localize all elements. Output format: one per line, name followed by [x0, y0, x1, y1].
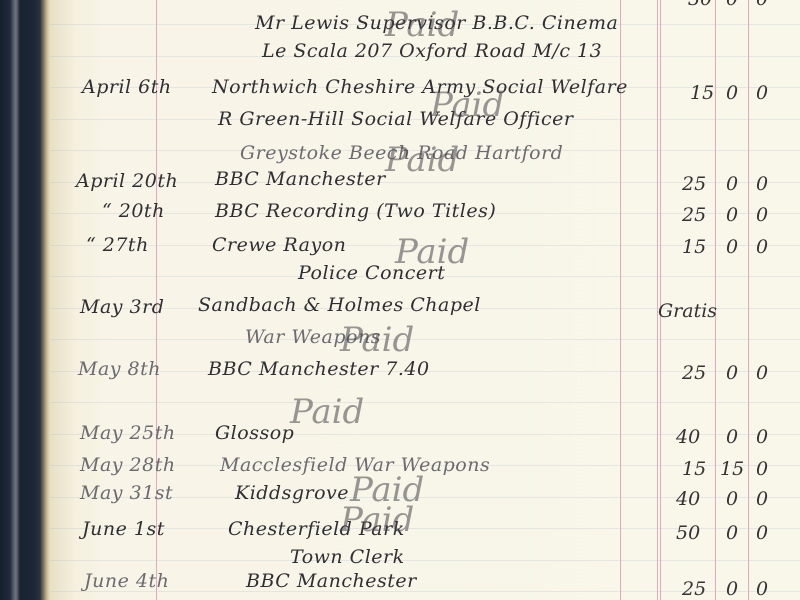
- amount-gratis: Gratis: [658, 300, 717, 322]
- pence: 0: [756, 522, 768, 544]
- shillings: 15: [720, 458, 744, 480]
- paid-stamp: Paid: [385, 5, 459, 45]
- shillings: 0: [726, 82, 738, 104]
- pounds: 25: [682, 578, 706, 600]
- pounds: 25: [682, 173, 706, 195]
- pence: 0: [756, 458, 768, 480]
- pence: 0: [756, 426, 768, 448]
- description-line: Crewe Rayon: [212, 234, 346, 256]
- paid-stamp: Paid: [430, 85, 504, 125]
- entry-date: “ 27th: [86, 234, 149, 256]
- description-line: BBC Manchester 7.40: [208, 358, 430, 380]
- ruled-line: [50, 560, 800, 561]
- column-line: [748, 0, 749, 600]
- shillings: 0: [726, 362, 738, 384]
- pounds: 40: [676, 426, 700, 448]
- pounds: 15: [690, 82, 714, 104]
- shillings: 0: [726, 426, 738, 448]
- description-line: Northwich Cheshire Army Social Welfare: [212, 76, 628, 98]
- pounds: 40: [676, 488, 700, 510]
- paid-stamp: Paid: [340, 500, 414, 540]
- shillings: 0: [726, 173, 738, 195]
- shillings: 0: [726, 236, 738, 258]
- pence: 0: [756, 362, 768, 384]
- shillings: 0: [726, 522, 738, 544]
- pounds: 15: [682, 236, 706, 258]
- paid-stamp: Paid: [290, 392, 364, 432]
- entry-date: “ 20th: [102, 200, 165, 222]
- paid-stamp: Paid: [340, 320, 414, 360]
- description-line: BBC Manchester: [215, 168, 386, 190]
- entry-date: April 6th: [82, 76, 172, 98]
- ruled-line: [50, 402, 800, 403]
- entry-date: May 31st: [80, 482, 173, 504]
- entry-date: April 20th: [76, 170, 178, 192]
- description-line: R Green-Hill Social Welfare Officer: [218, 108, 573, 130]
- description-line: Sandbach & Holmes Chapel: [198, 294, 481, 316]
- pounds: 25: [682, 204, 706, 226]
- ledger-page: 30 0 0 Mr Lewis Supervisor B.B.C. Cinema…: [50, 0, 800, 600]
- entry-date: May 8th: [78, 358, 161, 380]
- pounds: 30: [688, 0, 712, 10]
- description-line: BBC Recording (Two Titles): [215, 200, 496, 222]
- paid-stamp: Paid: [385, 140, 459, 180]
- description-line: Glossop: [215, 422, 294, 444]
- description-line: Town Clerk: [290, 546, 405, 568]
- pence: 0: [756, 578, 768, 600]
- description-line: BBC Manchester: [246, 570, 417, 592]
- pence: 0: [756, 236, 768, 258]
- pounds: 50: [676, 522, 700, 544]
- shillings: 0: [726, 488, 738, 510]
- entry-date: May 28th: [80, 454, 176, 476]
- pence: 0: [756, 173, 768, 195]
- entry-date: June 4th: [84, 570, 169, 592]
- entry-date: June 1st: [82, 518, 165, 540]
- pounds: 25: [682, 362, 706, 384]
- shillings: 0: [726, 578, 738, 600]
- entry-date: May 3rd: [80, 296, 164, 318]
- pence: 0: [756, 0, 768, 10]
- pence: 0: [756, 82, 768, 104]
- pence: 0: [756, 204, 768, 226]
- shillings: 0: [726, 204, 738, 226]
- pounds: 15: [682, 458, 706, 480]
- paid-stamp: Paid: [395, 232, 469, 272]
- description-line: Kiddsgrove: [235, 482, 349, 504]
- entry-date: May 25th: [80, 422, 176, 444]
- ruled-line: [50, 339, 800, 340]
- shillings: 0: [726, 0, 738, 10]
- pence: 0: [756, 488, 768, 510]
- book-binding: [0, 0, 50, 600]
